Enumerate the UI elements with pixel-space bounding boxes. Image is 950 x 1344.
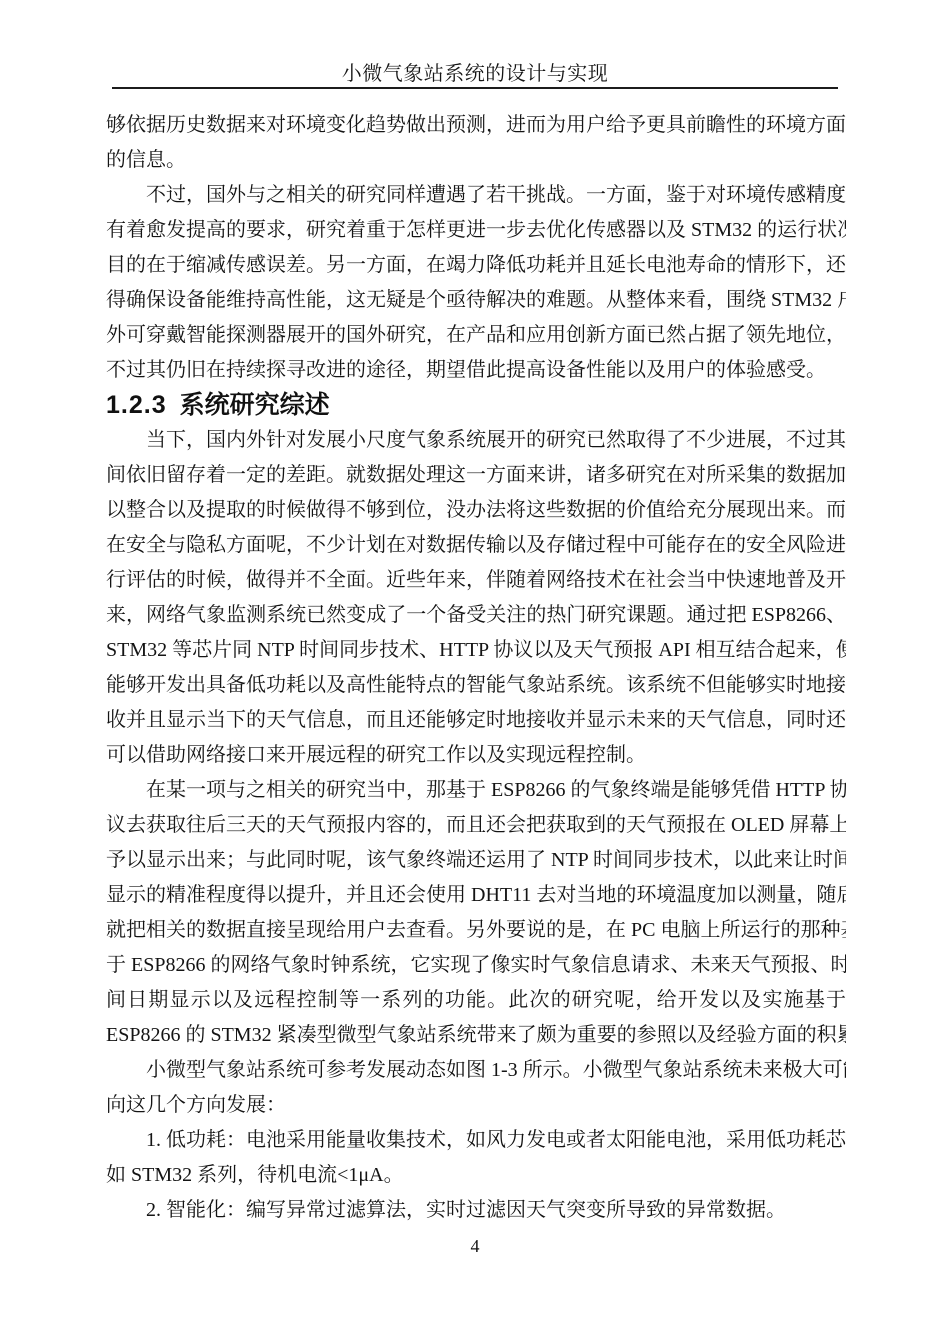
- text-line: 来，网络气象监测系统已然变成了一个备受关注的热门研究课题。通过把 ESP8266…: [106, 598, 846, 633]
- text-line: 1. 低功耗：电池采用能量收集技术，如风力发电或者太阳能电池，采用低功耗芯片: [106, 1123, 846, 1158]
- text-line: 就把相关的数据直接呈现给用户去查看。另外要说的是，在 PC 电脑上所运行的那种基: [106, 913, 846, 948]
- text-line: 够依据历史数据来对环境变化趋势做出预测，进而为用户给予更具前瞻性的环境方面: [106, 108, 846, 143]
- text-line: 显示的精准程度得以提升，并且还会使用 DHT11 去对当地的环境温度加以测量，随…: [106, 878, 846, 913]
- text-line: 如 STM32 系列，待机电流<1μA。: [106, 1158, 846, 1193]
- text-line: 于 ESP8266 的网络气象时钟系统，它实现了像实时气象信息请求、未来天气预报…: [106, 948, 846, 983]
- text-line: 予以显示出来；与此同时呢，该气象终端还运用了 NTP 时间同步技术，以此来让时间: [106, 843, 846, 878]
- heading-number: 1.2.3: [106, 391, 167, 419]
- text-line: STM32 等芯片同 NTP 时间同步技术、HTTP 协议以及天气预报 API …: [106, 633, 846, 668]
- paragraph: 小微型气象站系统可参考发展动态如图 1-3 所示。小微型气象站系统未来极大可能向…: [106, 1053, 846, 1123]
- text-line: 小微型气象站系统可参考发展动态如图 1-3 所示。小微型气象站系统未来极大可能: [106, 1053, 846, 1088]
- text-line: 在某一项与之相关的研究当中，那基于 ESP8266 的气象终端是能够凭借 HTT…: [106, 773, 846, 808]
- text-line: 能够开发出具备低功耗以及高性能特点的智能气象站系统。该系统不但能够实时地接: [106, 668, 846, 703]
- text-line: ESP8266 的 STM32 紧凑型微型气象站系统带来了颇为重要的参照以及经验…: [106, 1018, 846, 1053]
- text-line: 外可穿戴智能探测器展开的国外研究，在产品和应用创新方面已然占据了领先地位，: [106, 318, 846, 353]
- paragraph: 当下，国内外针对发展小尺度气象系统展开的研究已然取得了不少进展，不过其间依旧留存…: [106, 423, 846, 773]
- paragraph: 在某一项与之相关的研究当中，那基于 ESP8266 的气象终端是能够凭借 HTT…: [106, 773, 846, 1053]
- text-line: 2. 智能化：编写异常过滤算法，实时过滤因天气突变所导致的异常数据。: [106, 1193, 846, 1228]
- paragraph: 不过，国外与之相关的研究同样遭遇了若干挑战。一方面，鉴于对环境传感精度有着愈发提…: [106, 178, 846, 388]
- document-body: 够依据历史数据来对环境变化趋势做出预测，进而为用户给予更具前瞻性的环境方面的信息…: [106, 108, 846, 1228]
- text-line: 的信息。: [106, 143, 846, 178]
- text-line: 间日期显示以及远程控制等一系列的功能。此次的研究呢，给开发以及实施基于: [106, 983, 846, 1018]
- text-line: 行评估的时候，做得并不全面。近些年来，伴随着网络技术在社会当中快速地普及开: [106, 563, 846, 598]
- text-line: 收并且显示当下的天气信息，而且还能够定时地接收并显示未来的天气信息，同时还: [106, 703, 846, 738]
- header-rule: [112, 87, 838, 89]
- document-page: 小微气象站系统的设计与实现 够依据历史数据来对环境变化趋势做出预测，进而为用户给…: [0, 0, 950, 1344]
- heading-text: 系统研究综述: [180, 391, 330, 419]
- text-line: 在安全与隐私方面呢，不少计划在对数据传输以及存储过程中可能存在的安全风险进: [106, 528, 846, 563]
- footer-page-number: 4: [0, 1234, 950, 1258]
- text-line: 间依旧留存着一定的差距。就数据处理这一方面来讲，诸多研究在对所采集的数据加: [106, 458, 846, 493]
- text-line: 向这几个方向发展：: [106, 1088, 846, 1123]
- page-header-title: 小微气象站系统的设计与实现: [0, 61, 950, 87]
- text-line: 当下，国内外针对发展小尺度气象系统展开的研究已然取得了不少进展，不过其: [106, 423, 846, 458]
- text-line: 得确保设备能维持高性能，这无疑是个亟待解决的难题。从整体来看，围绕 STM32 …: [106, 283, 846, 318]
- text-line: 有着愈发提高的要求，研究着重于怎样更进一步去优化传感器以及 STM32 的运行状…: [106, 213, 846, 248]
- text-line: 可以借助网络接口来开展远程的研究工作以及实现远程控制。: [106, 738, 846, 773]
- paragraph: 1. 低功耗：电池采用能量收集技术，如风力发电或者太阳能电池，采用低功耗芯片如 …: [106, 1123, 846, 1193]
- text-line: 不过其仍旧在持续探寻改进的途径，期望借此提高设备性能以及用户的体验感受。: [106, 353, 846, 388]
- text-line: 议去获取往后三天的天气预报内容的，而且还会把获取到的天气预报在 OLED 屏幕上: [106, 808, 846, 843]
- paragraph: 够依据历史数据来对环境变化趋势做出预测，进而为用户给予更具前瞻性的环境方面的信息…: [106, 108, 846, 178]
- text-line: 目的在于缩减传感误差。另一方面，在竭力降低功耗并且延长电池寿命的情形下，还: [106, 248, 846, 283]
- text-line: 以整合以及提取的时候做得不够到位，没办法将这些数据的价值给充分展现出来。而: [106, 493, 846, 528]
- paragraph: 2. 智能化：编写异常过滤算法，实时过滤因天气突变所导致的异常数据。: [106, 1193, 846, 1228]
- text-line: 不过，国外与之相关的研究同样遭遇了若干挑战。一方面，鉴于对环境传感精度: [106, 178, 846, 213]
- section-heading: 1.2.3系统研究综述: [106, 388, 846, 423]
